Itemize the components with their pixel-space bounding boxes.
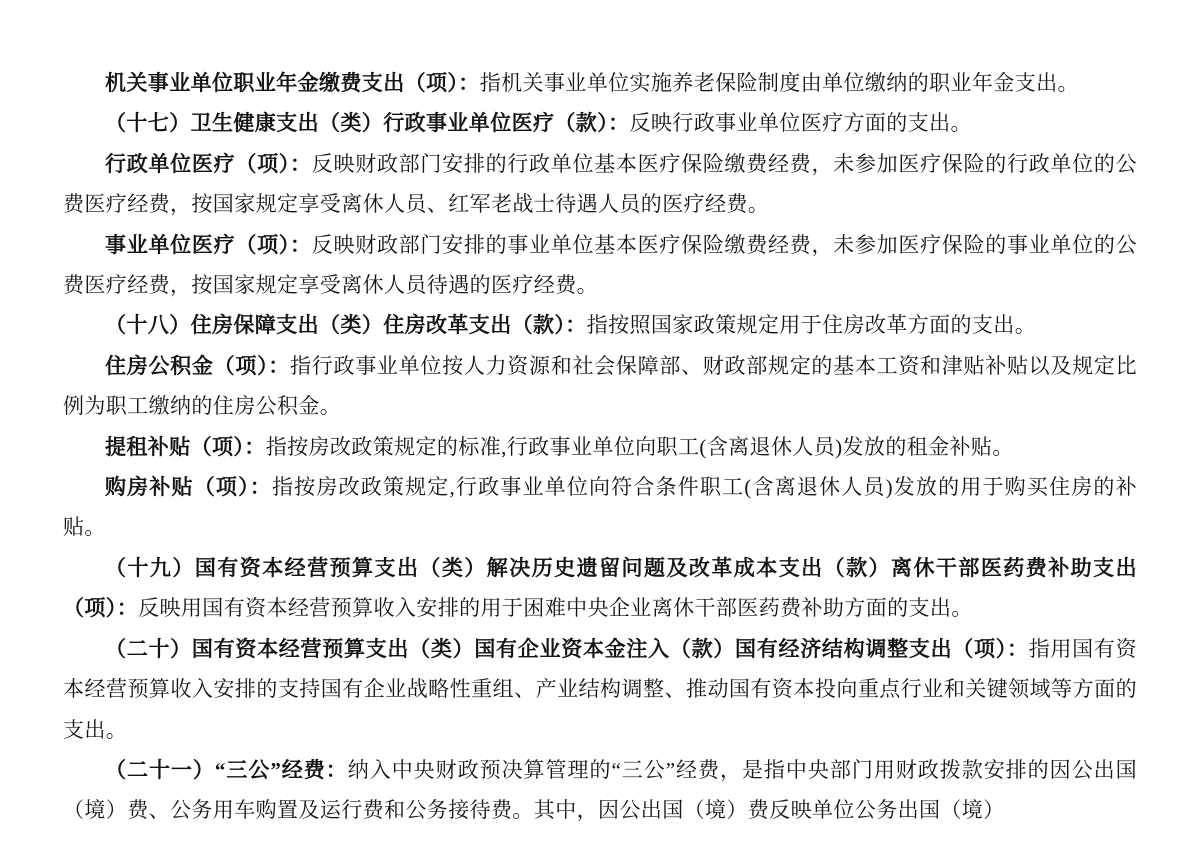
term-lead: （二十一）“三公”经费： — [105, 758, 348, 782]
term-lead: 事业单位医疗（项）： — [105, 233, 312, 257]
term-lead: 行政单位医疗（项）： — [105, 152, 312, 176]
term-lead: 购房补贴（项）： — [105, 475, 272, 499]
term-lead: 提租补贴（项）： — [105, 435, 266, 459]
paragraph: （十七）卫生健康支出（类）行政事业单位医疗（款）：反映行政事业单位医疗方面的支出… — [63, 103, 1137, 143]
term-definition: 指按房改政策规定的标准,行政事业单位向职工(含离退休人员)发放的租金补贴。 — [266, 435, 1014, 459]
term-lead: 住房公积金（项）： — [105, 354, 290, 378]
term-definition: 反映行政事业单位医疗方面的支出。 — [630, 111, 972, 135]
document-page: 机关事业单位职业年金缴费支出（项）：指机关事业单位实施养老保险制度由单位缴纳的职… — [0, 0, 1200, 848]
document-body: 机关事业单位职业年金缴费支出（项）：指机关事业单位实施养老保险制度由单位缴纳的职… — [63, 63, 1137, 831]
paragraph: 行政单位医疗（项）：反映财政部门安排的行政单位基本医疗保险缴费经费，未参加医疗保… — [63, 144, 1137, 225]
paragraph: 事业单位医疗（项）：反映财政部门安排的事业单位基本医疗保险缴费经费，未参加医疗保… — [63, 225, 1137, 306]
paragraph: （二十一）“三公”经费：纳入中央财政预决算管理的“三公”经费，是指中央部门用财政… — [63, 750, 1137, 831]
term-lead: （十八）住房保障支出（类）住房改革支出（款）： — [105, 313, 587, 337]
term-definition: 指按照国家政策规定用于住房改革方面的支出。 — [587, 313, 1036, 337]
paragraph: 住房公积金（项）：指行政事业单位按人力资源和社会保障部、财政部规定的基本工资和津… — [63, 346, 1137, 427]
term-definition: 反映用国有资本经营预算收入安排的用于困难中央企业离休干部医药费补助方面的支出。 — [138, 596, 973, 620]
paragraph: 提租补贴（项）：指按房改政策规定的标准,行政事业单位向职工(含离退休人员)发放的… — [63, 427, 1137, 467]
term-lead: （十七）卫生健康支出（类）行政事业单位医疗（款）： — [105, 111, 630, 135]
paragraph: （十九）国有资本经营预算支出（类）解决历史遗留问题及改革成本支出（款）离休干部医… — [63, 548, 1137, 629]
term-lead: （二十）国有资本经营预算支出（类）国有企业资本金注入（款）国有经济结构调整支出（… — [105, 637, 1029, 661]
paragraph: 机关事业单位职业年金缴费支出（项）：指机关事业单位实施养老保险制度由单位缴纳的职… — [63, 63, 1137, 103]
paragraph: 购房补贴（项）：指按房改政策规定,行政事业单位向符合条件职工(含离退休人员)发放… — [63, 467, 1137, 548]
paragraph: （二十）国有资本经营预算支出（类）国有企业资本金注入（款）国有经济结构调整支出（… — [63, 629, 1137, 750]
paragraph: （十八）住房保障支出（类）住房改革支出（款）：指按照国家政策规定用于住房改革方面… — [63, 305, 1137, 345]
term-lead: 机关事业单位职业年金缴费支出（项）： — [105, 71, 480, 95]
term-definition: 指机关事业单位实施养老保险制度由单位缴纳的职业年金支出。 — [480, 71, 1079, 95]
